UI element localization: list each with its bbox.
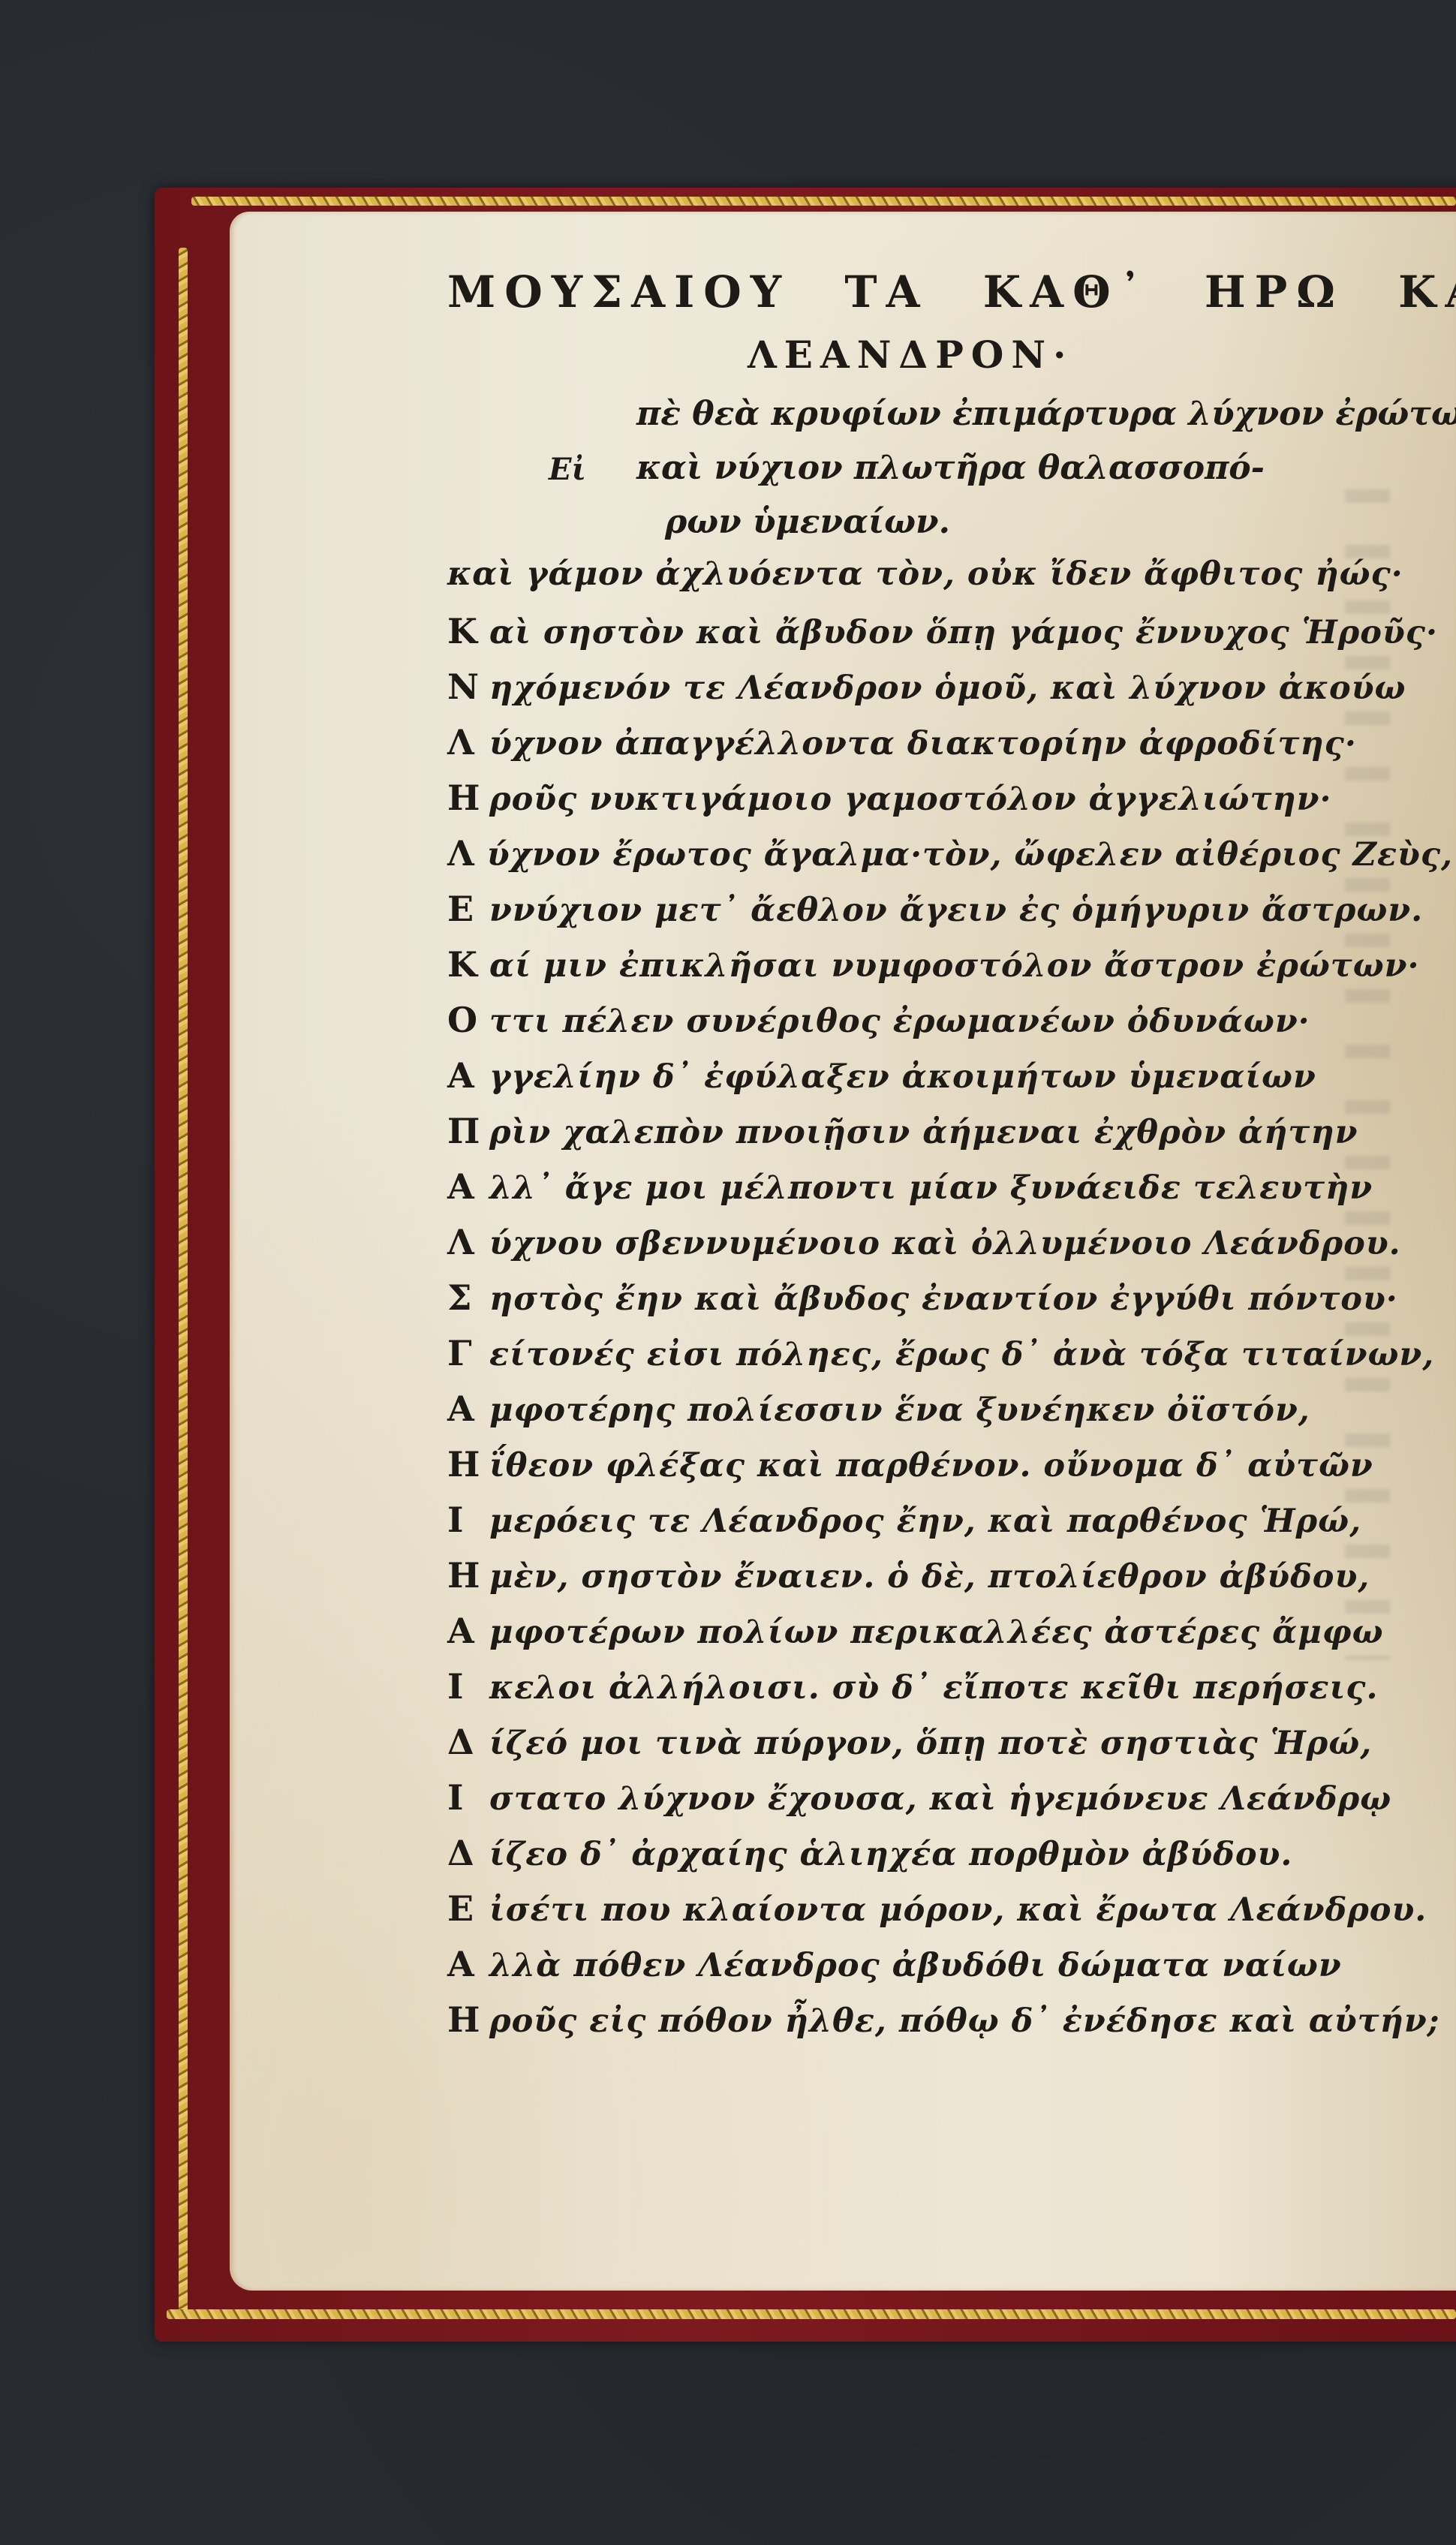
gold-rope-border-bottom <box>167 2309 1456 2319</box>
verse-initial: Σ <box>447 1277 483 1318</box>
verse-initial: Δ <box>447 1722 483 1762</box>
verse-line: Λύχνον ἔρωτος ἄγαλμα·τὸν, ὤφελεν αἰθέριο… <box>447 833 1453 889</box>
verse-line: Καὶ σηστὸν καὶ ἄβυδον ὅπῃ γάμος ἔννυχος … <box>447 611 1453 666</box>
verse-initial: Α <box>447 1944 483 1984</box>
verse-text: ύχνον ἔρωτος ἄγαλμα·τὸν, ὤφελεν αἰθέριος… <box>487 836 1453 874</box>
verse-text: αὶ σηστὸν καὶ ἄβυδον ὅπῃ γάμος ἔννυχος Ἡ… <box>489 614 1438 651</box>
printed-text-block: ΜΟΥΣΑΙΟΥ ΤΑ ΚΑΘ᾽ ΗΡΩ ΚΑΙ ΛΕΑΝΔΡΟΝ· πὲ θε… <box>447 270 1453 2055</box>
verse-line: καὶ γάμον ἀχλυόεντα τὸν, οὐκ ἴδεν ἄφθιτο… <box>447 555 1453 611</box>
opening-line-2: καὶ νύχιον πλωτῆρα θαλασσοπό- <box>636 441 1453 495</box>
verse-initial: Π <box>447 1111 483 1151</box>
verse-initial: Ε <box>447 1888 483 1929</box>
verse-line: Ικελοι ἀλλήλοισι. σὺ δ᾽ εἴποτε κεῖθι περ… <box>447 1666 1453 1722</box>
verse-line: Ιστατο λύχνον ἔχουσα, καὶ ἡγεμόνευε Λεάν… <box>447 1777 1453 1833</box>
gold-rope-border-top <box>191 197 1456 206</box>
verse-line: Αμφοτέρης πολίεσσιν ἕνα ξυνέηκεν ὀϊστόν, <box>447 1388 1453 1444</box>
verse-initial: Ι <box>447 1666 483 1707</box>
verse-initial: Δ <box>447 1833 483 1873</box>
verse-text: ἰσέτι που κλαίοντα μόρον, καὶ ἔρωτα Λεάν… <box>489 1891 1427 1929</box>
verse-initial: Α <box>447 1166 483 1207</box>
verse-line: Δίζεο δ᾽ ἀρχαίης ἁλιηχέα πορθμὸν ἀβύδου. <box>447 1833 1453 1888</box>
verse-initial: Κ <box>447 944 483 985</box>
verse-list: καὶ γάμον ἀχλυόεντα τὸν, οὐκ ἴδεν ἄφθιτο… <box>447 555 1453 2055</box>
verse-initial: Ι <box>447 1500 483 1540</box>
verse-text: ροῦς εἰς πόθον ἦλθε, πόθῳ δ᾽ ἐνέδησε καὶ… <box>489 2002 1440 2040</box>
verse-initial: Γ <box>447 1333 483 1373</box>
verse-text: ύχνον ἀπαγγέλλοντα διακτορίην ἀφροδίτης· <box>489 725 1357 763</box>
verse-text: ύχνου σβεννυμένοιο καὶ ὀλλυμένοιο Λεάνδρ… <box>489 1225 1401 1262</box>
verse-initial: Λ <box>447 722 483 763</box>
verse-text: ροῦς νυκτιγάμοιο γαμοστόλον ἀγγελιώτην· <box>489 781 1331 818</box>
verse-initial: Α <box>447 1388 483 1429</box>
opening-line-1: πὲ θεὰ κρυφίων ἐπιμάρτυρα λύχνον ἐρώτων· <box>636 387 1453 441</box>
verse-text: μερόεις τε Λέανδρος ἔην, καὶ παρθένος Ἡρ… <box>489 1503 1361 1540</box>
verse-initial: Η <box>447 1999 483 2040</box>
verse-line: Οττι πέλεν συνέριθος ἐρωμανέων ὀδυνάων· <box>447 1000 1453 1055</box>
verse-line: Ηροῦς εἰς πόθον ἦλθε, πόθῳ δ᾽ ἐνέδησε κα… <box>447 1999 1453 2055</box>
verse-text: ΐθεον φλέξας καὶ παρθένον. οὔνομα δ᾽ αὐτ… <box>489 1447 1373 1485</box>
verse-initial: Ν <box>447 666 483 707</box>
verse-line: Αλλὰ πόθεν Λέανδρος ἀβυδόθι δώματα ναίων <box>447 1944 1453 1999</box>
verse-line: Ιμερόεις τε Λέανδρος ἔην, καὶ παρθένος Ἡ… <box>447 1500 1453 1555</box>
verse-line: Αλλ᾽ ἄγε μοι μέλποντι μίαν ξυνάειδε τελε… <box>447 1166 1453 1222</box>
verse-text: ννύχιον μετ᾽ ἄεθλον ἄγειν ἐς ὁμήγυριν ἄσ… <box>489 892 1423 929</box>
verse-line: Εννύχιον μετ᾽ ἄεθλον ἄγειν ἐς ὁμήγυριν ἄ… <box>447 889 1453 944</box>
verse-line: Ημὲν, σηστὸν ἔναιεν. ὁ δὲ, πτολίεθρον ἀβ… <box>447 1555 1453 1611</box>
verse-initial: Λ <box>447 1222 483 1262</box>
verse-line: Πρὶν χαλεπὸν πνοιῇσιν ἀήμεναι ἐχθρὸν ἀήτ… <box>447 1111 1453 1166</box>
opening-line-3: ρων ὑμεναίων. <box>665 495 1453 549</box>
opening-lines: πὲ θεὰ κρυφίων ἐπιμάρτυρα λύχνον ἐρώτων·… <box>447 387 1453 549</box>
verse-text: ίζεο δ᾽ ἀρχαίης ἁλιηχέα πορθμὸν ἀβύδου. <box>489 1836 1292 1873</box>
verse-line: Ηΐθεον φλέξας καὶ παρθένον. οὔνομα δ᾽ αὐ… <box>447 1444 1453 1500</box>
verse-line: Εἰσέτι που κλαίοντα μόρον, καὶ ἔρωτα Λεά… <box>447 1888 1453 1944</box>
verse-line: Λύχνου σβεννυμένοιο καὶ ὀλλυμένοιο Λεάνδ… <box>447 1222 1453 1277</box>
verse-line: Νηχόμενόν τε Λέανδρον ὁμοῦ, καὶ λύχνον ἀ… <box>447 666 1453 722</box>
verse-text: μὲν, σηστὸν ἔναιεν. ὁ δὲ, πτολίεθρον ἀβύ… <box>489 1558 1370 1596</box>
verse-initial: Α <box>447 1055 483 1096</box>
verse-text: ηστὸς ἔην καὶ ἄβυδος ἐναντίον ἐγγύθι πόν… <box>489 1280 1398 1318</box>
verse-line: Ηροῦς νυκτιγάμοιο γαμοστόλον ἀγγελιώτην· <box>447 778 1453 833</box>
verse-text: είτονές εἰσι πόληες, ἔρως δ᾽ ἀνὰ τόξα τι… <box>489 1336 1434 1373</box>
verse-initial: Λ <box>447 833 481 874</box>
verse-initial: Κ <box>447 611 483 651</box>
marginal-initial: Εἰ <box>549 452 586 487</box>
verse-text: κελοι ἀλλήλοισι. σὺ δ᾽ εἴποτε κεῖθι περή… <box>489 1669 1378 1707</box>
verse-line: Γείτονές εἰσι πόληες, ἔρως δ᾽ ἀνὰ τόξα τ… <box>447 1333 1453 1388</box>
verse-initial: Ε <box>447 889 483 929</box>
verse-line: Καί μιν ἐπικλῆσαι νυμφοστόλον ἄστρον ἐρώ… <box>447 944 1453 1000</box>
verse-text: ίζεό μοι τινὰ πύργον, ὅπῃ ποτὲ σηστιὰς Ἡ… <box>489 1725 1372 1762</box>
verse-initial: Α <box>447 1611 483 1651</box>
book-page: ΜΟΥΣΑΙΟΥ ΤΑ ΚΑΘ᾽ ΗΡΩ ΚΑΙ ΛΕΑΝΔΡΟΝ· πὲ θε… <box>230 212 1456 2291</box>
verse-line: Σηστὸς ἔην καὶ ἄβυδος ἐναντίον ἐγγύθι πό… <box>447 1277 1453 1333</box>
verse-text: καὶ γάμον ἀχλυόεντα τὸν, οὐκ ἴδεν ἄφθιτο… <box>447 555 1403 593</box>
verse-text: αί μιν ἐπικλῆσαι νυμφοστόλον ἄστρον ἐρώτ… <box>489 947 1419 985</box>
verse-initial: Η <box>447 778 483 818</box>
verse-initial: Η <box>447 1555 483 1596</box>
verse-text: γγελίην δ᾽ ἐφύλαξεν ἀκοιμήτων ὑμεναίων <box>489 1058 1316 1096</box>
verse-initial: Η <box>447 1444 483 1485</box>
verse-text: μφοτέρων πολίων περικαλλέες ἀστέρες ἄμφω <box>489 1614 1384 1651</box>
verse-line: Αγγελίην δ᾽ ἐφύλαξεν ἀκοιμήτων ὑμεναίων <box>447 1055 1453 1111</box>
verse-text: μφοτέρης πολίεσσιν ἕνα ξυνέηκεν ὀϊστόν, <box>489 1391 1310 1429</box>
verse-initial: Ι <box>447 1777 483 1818</box>
verse-text: λλὰ πόθεν Λέανδρος ἀβυδόθι δώματα ναίων <box>489 1947 1342 1984</box>
verse-initial: Ο <box>447 1000 483 1040</box>
verse-line: Δίζεό μοι τινὰ πύργον, ὅπῃ ποτὲ σηστιὰς … <box>447 1722 1453 1777</box>
verse-line: Αμφοτέρων πολίων περικαλλέες ἀστέρες ἄμφ… <box>447 1611 1453 1666</box>
running-title: ΜΟΥΣΑΙΟΥ ΤΑ ΚΑΘ᾽ ΗΡΩ ΚΑΙ <box>447 270 1453 314</box>
verse-text: ρὶν χαλεπὸν πνοιῇσιν ἀήμεναι ἐχθρὸν ἀήτη… <box>489 1114 1358 1151</box>
verse-text: ττι πέλεν συνέριθος ἐρωμανέων ὀδυνάων· <box>489 1003 1310 1040</box>
verse-line: Λύχνον ἀπαγγέλλοντα διακτορίην ἀφροδίτης… <box>447 722 1453 778</box>
verse-text: στατο λύχνον ἔχουσα, καὶ ἡγεμόνευε Λεάνδ… <box>489 1780 1391 1818</box>
verse-text: λλ᾽ ἄγε μοι μέλποντι μίαν ξυνάειδε τελευ… <box>489 1169 1373 1207</box>
verse-text: ηχόμενόν τε Λέανδρον ὁμοῦ, καὶ λύχνον ἀκ… <box>489 669 1406 707</box>
title-continuation: ΛΕΑΝΔΡΟΝ· <box>748 336 1453 374</box>
gold-rope-border-left <box>179 248 188 2319</box>
